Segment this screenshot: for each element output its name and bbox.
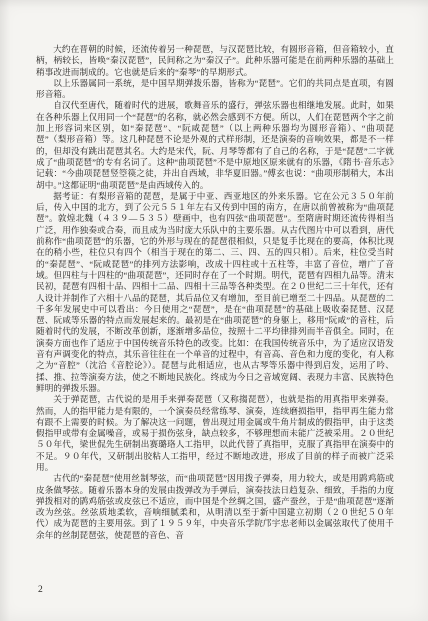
scan-shadow-left — [0, 0, 10, 621]
paragraph-quxiang-pipa-development: 据考证：有梨形音箱的琵琶，是属于中亚、西亚地区的外来乐器。它在公元３５０年前后，… — [36, 191, 394, 394]
paragraph-strings: 古代的“秦琵琶”使用丝制琴弦，而“曲项琵琶”因用拨子弹奏，用力较大，或是用鹍鸡筋… — [36, 473, 394, 541]
paragraph-common-features: 以上乐器属同一系统，是中国早期弹拨乐器，皆称为“琵琶”。它们的共同点是直项，有圆… — [36, 78, 394, 101]
book-page: 大约在晋朝的时候，还流传着另一种琵琶，与汉琵琶比较，有圆形音箱，但音箱较小，直柄… — [0, 0, 428, 621]
paragraph-naming-history: 自汉代至唐代，随着时代的进展，歌舞音乐的盛行，弹弦乐器也相继地发展。此时，如果在… — [36, 100, 394, 190]
scan-shadow-top — [0, 0, 428, 8]
page-number: 2 — [38, 585, 43, 595]
body-text: 大约在晋朝的时候，还流传着另一种琵琶，与汉琵琶比较，有圆形音箱，但音箱较小，直柄… — [36, 44, 394, 541]
paragraph-fingernails: 关于弹琵琶，古代说的是用手来弹奏琵琶（又称搊琵琶），也就是指的用真指甲来弹奏。然… — [36, 394, 394, 473]
paragraph-qin-han-pipa: 大约在晋朝的时候，还流传着另一种琵琶，与汉琵琶比较，有圆形音箱，但音箱较小，直柄… — [36, 44, 394, 78]
